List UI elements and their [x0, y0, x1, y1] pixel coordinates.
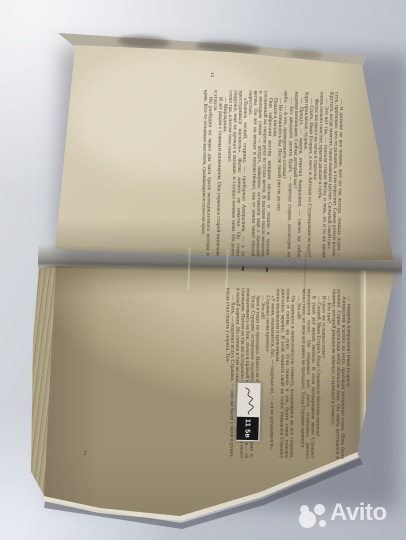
text-line: — Хоть, — подумал вслух Страшко, — они ж… [223, 288, 235, 458]
book-photo[interactable]: — Я дальше не всё помню. Вот он так всег… [0, 0, 406, 540]
left-page-text: — Я дальше не всё помню. Вот он так всег… [91, 88, 344, 258]
right-page-text: — Товарищ Амиралиев! Иван Егорыч!Амирали… [103, 287, 350, 459]
left-page-number: 14 [209, 72, 214, 77]
text-line: Он крикнул в многоголосую темноту, вгляд… [274, 288, 296, 458]
text-line: Они забросали костёр мокрым песком и пош… [245, 91, 273, 257]
avito-watermark: Avito [296, 498, 400, 536]
text-line: Амиралиев вскочил на ноги, протирая засп… [329, 289, 346, 459]
text-line: Но разбудил их через два часа треск мото… [199, 90, 212, 256]
avito-watermark-text: Avito [330, 499, 387, 527]
stamp-class-label: 11 5в [236, 417, 259, 441]
library-stamp: 11 5в [235, 382, 262, 443]
stamp-handwriting-icon [237, 384, 260, 418]
library-stamp-content: 11 5в [236, 384, 259, 441]
right-page-number: 15 [82, 450, 87, 455]
